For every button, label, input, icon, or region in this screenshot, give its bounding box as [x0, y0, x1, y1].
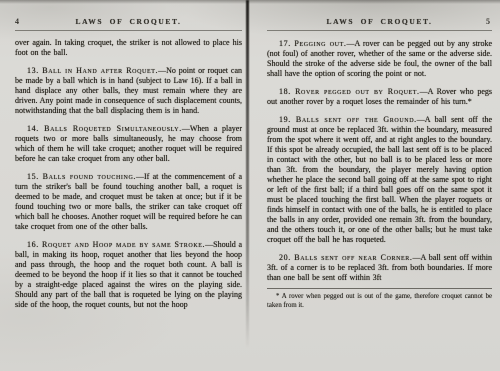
- law-15-title: 15. Balls found touching.: [27, 172, 136, 181]
- footnote-rule: [267, 288, 492, 289]
- book-scan: 4 LAWS OF CROQUET. over again. In taking…: [0, 0, 500, 371]
- page-number-left: 4: [15, 17, 19, 27]
- law-16-title: 16. Roquet and Hoop made by same Stroke.: [27, 240, 205, 249]
- law-19-body: —A ball sent off the ground must at once…: [267, 115, 492, 244]
- law-18-title: 18. Rover pegged out by Roquet.: [279, 87, 420, 96]
- law-16-body: —Should a ball, in making its hoop, roqu…: [15, 240, 242, 309]
- law-20-title: 20. Balls sent off near Corner.: [279, 253, 413, 262]
- running-header-right: LAWS OF CROQUET.: [267, 17, 492, 27]
- law-paragraph-19: 19. Balls sent off the Ground.—A ball se…: [267, 115, 492, 245]
- law-paragraph-15: 15. Balls found touching.—If at the comm…: [15, 172, 242, 232]
- law-14-title: 14. Balls Roqueted Simultaneously.: [27, 124, 182, 133]
- header-rule-right: [267, 30, 492, 31]
- law-19-title: 19. Balls sent off the Ground.: [279, 115, 417, 124]
- law-17-title: 17. Pegging out.: [279, 39, 346, 48]
- page-right: LAWS OF CROQUET. 5 17. Pegging out.—A ro…: [250, 0, 500, 371]
- law-paragraph-17: 17. Pegging out.—A rover can be pegged o…: [267, 39, 492, 79]
- page-left-header: 4 LAWS OF CROQUET.: [15, 17, 242, 27]
- page-right-header: LAWS OF CROQUET. 5: [267, 17, 492, 27]
- page-left: 4 LAWS OF CROQUET. over again. In taking…: [0, 0, 250, 371]
- law-paragraph-20: 20. Balls sent off near Corner.—A ball s…: [267, 253, 492, 283]
- paragraph-continuation: over again. In taking croquet, the strik…: [15, 38, 242, 58]
- law-paragraph-18: 18. Rover pegged out by Roquet.—A Rover …: [267, 87, 492, 107]
- law-paragraph-13: 13. Ball in Hand after Roquet.—No point …: [15, 66, 242, 116]
- header-rule-left: [15, 30, 242, 31]
- law-paragraph-14: 14. Balls Roqueted Simultaneously.—When …: [15, 124, 242, 164]
- law-13-title: 13. Ball in Hand after Roquet.: [27, 66, 158, 75]
- footnote-text: * A rover when pegged out is out of the …: [267, 293, 492, 310]
- page-number-right: 5: [486, 17, 490, 27]
- law-paragraph-16: 16. Roquet and Hoop made by same Stroke.…: [15, 240, 242, 310]
- running-header-left: LAWS OF CROQUET.: [15, 17, 242, 27]
